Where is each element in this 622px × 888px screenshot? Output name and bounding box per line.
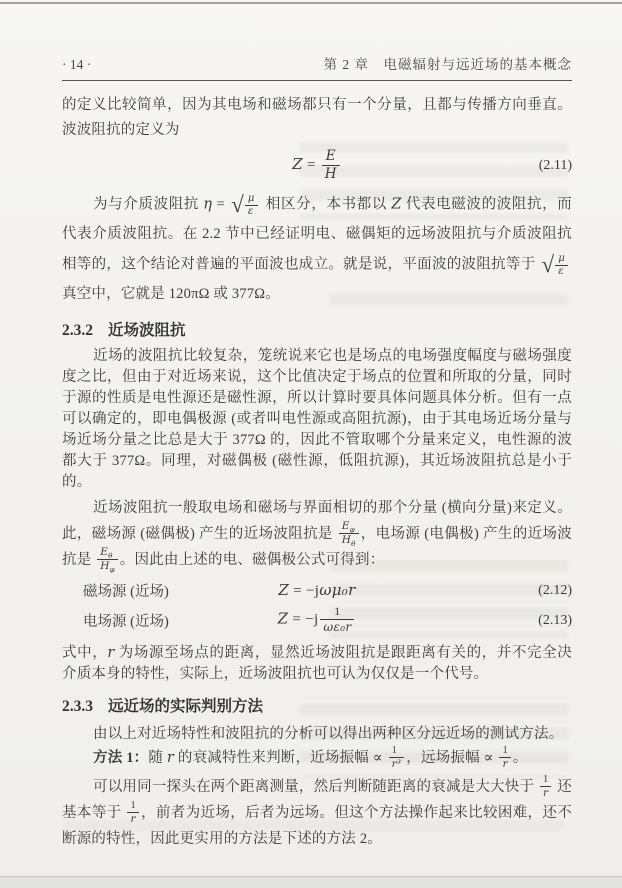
math-variable: ωμ₀r	[319, 581, 355, 599]
text-line: 抗是 EθHφ。因此由上述的电、磁偶极公式可得到：	[62, 547, 572, 573]
equation-number: (2.11)	[539, 158, 572, 174]
fraction: 1r	[499, 746, 510, 770]
math-variable: Z	[278, 610, 289, 628]
scanned-book-page: · 14 · 第 2 章 电磁辐射与远近场的基本概念 的定义比较简单，因为其电场…	[0, 0, 622, 888]
text-line: 代表介质波阻抗。在 2.2 节中已经证明电、磁偶矩的远场波阻抗与介质波阻抗是	[62, 219, 572, 249]
display-equation: Z = EH(2.11)	[62, 146, 572, 186]
text-line: 方法 1：随 r 的衰减特性来判断，近场振幅 ∝ 1r³，远场振幅 ∝ 1r。	[62, 746, 572, 770]
bold-run: 方法 1：	[93, 750, 148, 766]
section-heading: 2.3.2近场波阻抗	[62, 318, 572, 340]
equation-math: Z = EH	[62, 150, 572, 181]
display-equation: 电场源 (近场)Z = −j1ωε₀r(2.13)	[62, 604, 572, 637]
text-line: 介质本身的特性，实际上，近场波阻抗也可认为仅仅是一个代号。	[62, 664, 572, 685]
page-body: 的定义比较简单，因为其电场和磁场都只有一个分量，且都与传播方向垂直。平面波波阻抗…	[62, 93, 572, 852]
text-line: 波波阻抗的定义为	[62, 118, 572, 143]
equation-number: (2.13)	[538, 613, 572, 629]
math-variable: Z	[278, 581, 289, 599]
section-title: 近场波阻抗	[108, 322, 186, 339]
text-line: 此，磁场源 (磁偶极) 产生的近场波阻抗是 EφHθ，电场源 (电偶极) 产生的…	[62, 521, 572, 547]
equation-label: 电场源 (近场)	[83, 610, 169, 631]
paragraph: 由以上对近场特性和波阻抗的分析可以得出两种区分远近场的测试方法。方法 1：随 r…	[62, 722, 572, 770]
page-number: · 14 ·	[62, 56, 91, 74]
text-line: 可以用同一探头在两个距离测量，然后判断随距离的衰减是大大快于 1r 还是	[62, 774, 572, 800]
paragraph: 为与介质波阻抗 η = √με 相区分，本书都以 Z 代表电磁波的波阻抗，而以 …	[62, 189, 572, 309]
fraction: 1r	[540, 774, 551, 799]
section-heading: 2.3.3远近场的实际判别方法	[62, 694, 572, 716]
fraction: 1r	[127, 800, 138, 825]
text-line: 场近场分量之比总是大于 377Ω 的，因此不管取哪个分量来定义，电性源的波阻抗	[62, 430, 572, 451]
fraction: με	[245, 194, 258, 218]
math-variable: r	[107, 645, 114, 661]
display-equation: 磁场源 (近场)Z = −jωμ₀r(2.12)	[62, 578, 572, 603]
running-header: · 14 · 第 2 章 电磁辐射与远近场的基本概念	[62, 56, 572, 74]
text-line: 相等的，这个结论对普遍的平面波也成立。就是说，平面波的波阻抗等于 √με，在	[62, 249, 572, 279]
math-variable: η	[203, 196, 212, 212]
header-rule	[62, 80, 572, 81]
text-line: 近场的波阻抗比较复杂，笼统说来它也是场点的电场强度幅度与磁场强度幅	[62, 346, 572, 367]
text-line: 可以确定的，即电偶极源 (或者叫电性源或高阻抗源)，由于其电场近场分量与磁	[62, 409, 572, 430]
text-line: 的。	[62, 472, 572, 493]
text-block: · 14 · 第 2 章 电磁辐射与远近场的基本概念 的定义比较简单，因为其电场…	[62, 0, 572, 852]
fraction: EθHφ	[97, 547, 118, 572]
fraction: 1r³	[389, 746, 405, 770]
section-number: 2.3.2	[62, 322, 93, 339]
equation-number: (2.12)	[538, 583, 572, 599]
section-title: 远近场的实际判别方法	[108, 698, 263, 715]
text-line: 近场波阻抗一般取电场和磁场与界面相切的那个分量 (横向分量)来定义。因	[62, 495, 572, 521]
fraction: 1ωε₀r	[320, 605, 354, 633]
paragraph: 可以用同一探头在两个距离测量，然后判断随距离的衰减是大大快于 1r 还是基本等于…	[62, 774, 572, 852]
running-chapter-title: 第 2 章 电磁辐射与远近场的基本概念	[324, 56, 573, 74]
text-line: 断源的特性，因此更实用的方法是下述的方法 2。	[62, 826, 572, 852]
math-variable: Z	[292, 155, 303, 173]
section-number: 2.3.3	[62, 698, 93, 715]
text-line: 都大于 377Ω。同理，对磁偶极 (磁性源，低阻抗源)，其近场波阻抗总是小于 3…	[62, 451, 572, 472]
paragraph: 近场的波阻抗比较复杂，笼统说来它也是场点的电场强度幅度与磁场强度幅度之比，但由于…	[62, 346, 572, 493]
text-line: 的定义比较简单，因为其电场和磁场都只有一个分量，且都与传播方向垂直。平面	[62, 93, 572, 118]
text-line: 于源的性质是电性源还是磁性源，所以计算时要具体问题具体分析。但有一点却是	[62, 388, 572, 409]
equation-label: 磁场源 (近场)	[83, 580, 169, 601]
radical: √με	[231, 189, 260, 219]
paragraph: 式中，r 为场源至场点的距离，显然近场波阻抗是跟距离有关的，并不完全决定于介质本…	[62, 643, 572, 685]
fraction: EφHθ	[339, 521, 359, 546]
fraction: με	[555, 254, 568, 278]
scan-bottom-edge	[0, 876, 622, 888]
math-variable: r	[167, 750, 174, 766]
text-line: 基本等于 1r，前者为近场，后者为远场。但这个方法操作起来比较困难，还不能判	[62, 800, 572, 826]
text-line: 度之比，但由于对近场来说，这个比值决定于场点的位置和所取的分量，同时决定	[62, 367, 572, 388]
radical: √με	[541, 249, 570, 279]
text-line: 式中，r 为场源至场点的距离，显然近场波阻抗是跟距离有关的，并不完全决定于	[62, 643, 572, 664]
text-line: 为与介质波阻抗 η = √με 相区分，本书都以 Z 代表电磁波的波阻抗，而以 …	[62, 189, 572, 219]
paragraph: 的定义比较简单，因为其电场和磁场都只有一个分量，且都与传播方向垂直。平面波波阻抗…	[62, 93, 572, 143]
text-line: 由以上对近场特性和波阻抗的分析可以得出两种区分远近场的测试方法。	[62, 722, 572, 746]
text-line: 真空中，它就是 120πΩ 或 377Ω。	[62, 279, 572, 309]
paragraph: 近场波阻抗一般取电场和磁场与界面相切的那个分量 (横向分量)来定义。因此，磁场源…	[62, 495, 572, 573]
fraction: EH	[322, 149, 340, 180]
math-variable: Z	[391, 196, 401, 212]
